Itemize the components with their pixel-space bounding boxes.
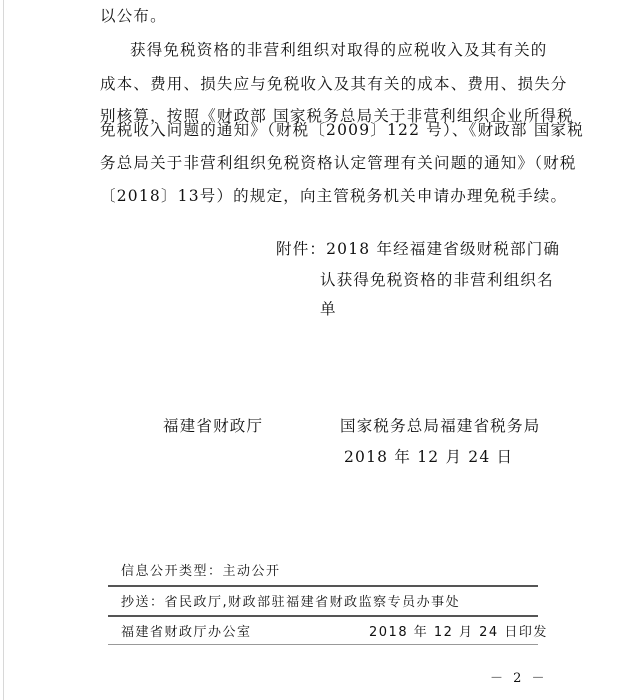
- disclosure-type: 信息公开类型：主动公开: [121, 560, 281, 579]
- page-number: － 2 －: [490, 667, 548, 686]
- divider: [108, 644, 538, 645]
- cc-recipients: 抄送：省民政厅,财政部驻福建省财政监察专员办事处: [121, 591, 460, 610]
- divider: [108, 615, 538, 617]
- attachment-line: 单: [320, 297, 337, 319]
- issuer-finance-dept: 福建省财政厅: [163, 414, 263, 436]
- issue-date: 2018 年 12 月 24 日印发: [369, 621, 548, 640]
- signature-date: 2018 年 12 月 24 日: [344, 445, 513, 467]
- attachment-line: 附件：2018 年经福建省级财税部门确: [276, 237, 560, 259]
- page-left-border: [3, 0, 4, 700]
- body-line: 务总局关于非营利组织免税资格认定管理有关问题的通知》（财税: [100, 151, 577, 173]
- attachment-line: 认获得免税资格的非营利组织名: [320, 268, 554, 290]
- body-paragraph-start: 获得免税资格的非营利组织对取得的应税收入及其有关的: [130, 38, 548, 60]
- body-line: 以公布。: [100, 4, 167, 26]
- body-line: 〔2018〕13号）的规定，向主管税务机关申请办理免税手续。: [100, 184, 567, 206]
- body-line: 免税收入问题的通知》（财税〔2009〕122 号）、《财政部 国家税: [100, 118, 584, 140]
- body-line: 成本、费用、损失应与免税收入及其有关的成本、费用、损失分: [100, 72, 568, 94]
- divider: [108, 585, 538, 587]
- issuer-tax-bureau: 国家税务总局福建省税务局: [340, 414, 540, 436]
- issuing-office: 福建省财政厅办公室: [121, 621, 252, 640]
